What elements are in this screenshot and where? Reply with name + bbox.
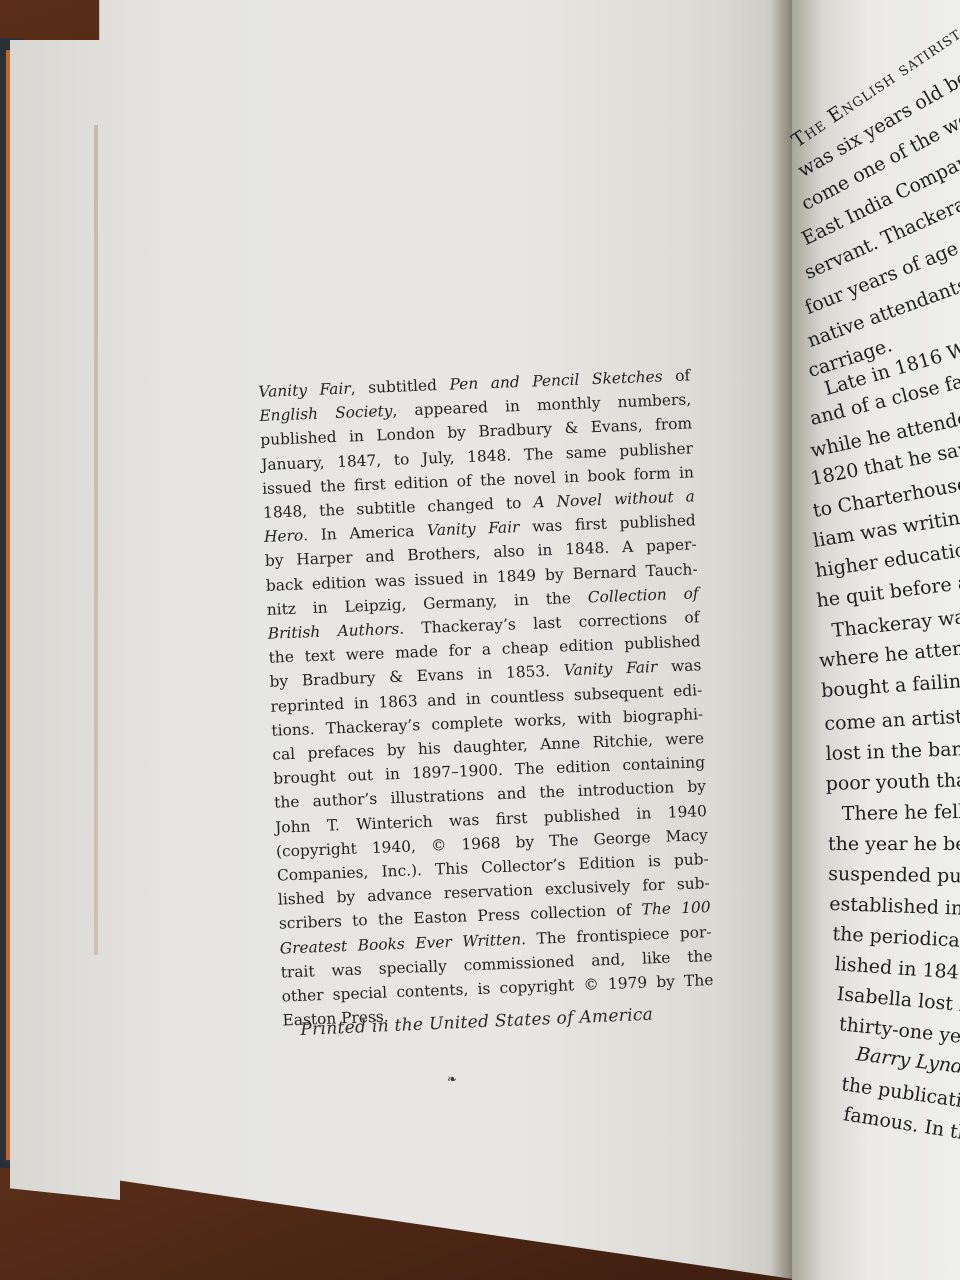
printers-ornament-icon: ❧	[447, 1072, 457, 1086]
recto-text-line: the year he beca	[828, 833, 960, 855]
recto-text-line: poor youth that T	[825, 769, 960, 795]
recto-text-line: There he fell in	[842, 800, 960, 825]
copyright-notice-paragraph: Vanity Fair, subtitled Pen and Pencil Sk…	[258, 363, 723, 1033]
frontispiece-edge-line	[94, 125, 98, 955]
recto-text-line: suspended public	[828, 863, 960, 888]
